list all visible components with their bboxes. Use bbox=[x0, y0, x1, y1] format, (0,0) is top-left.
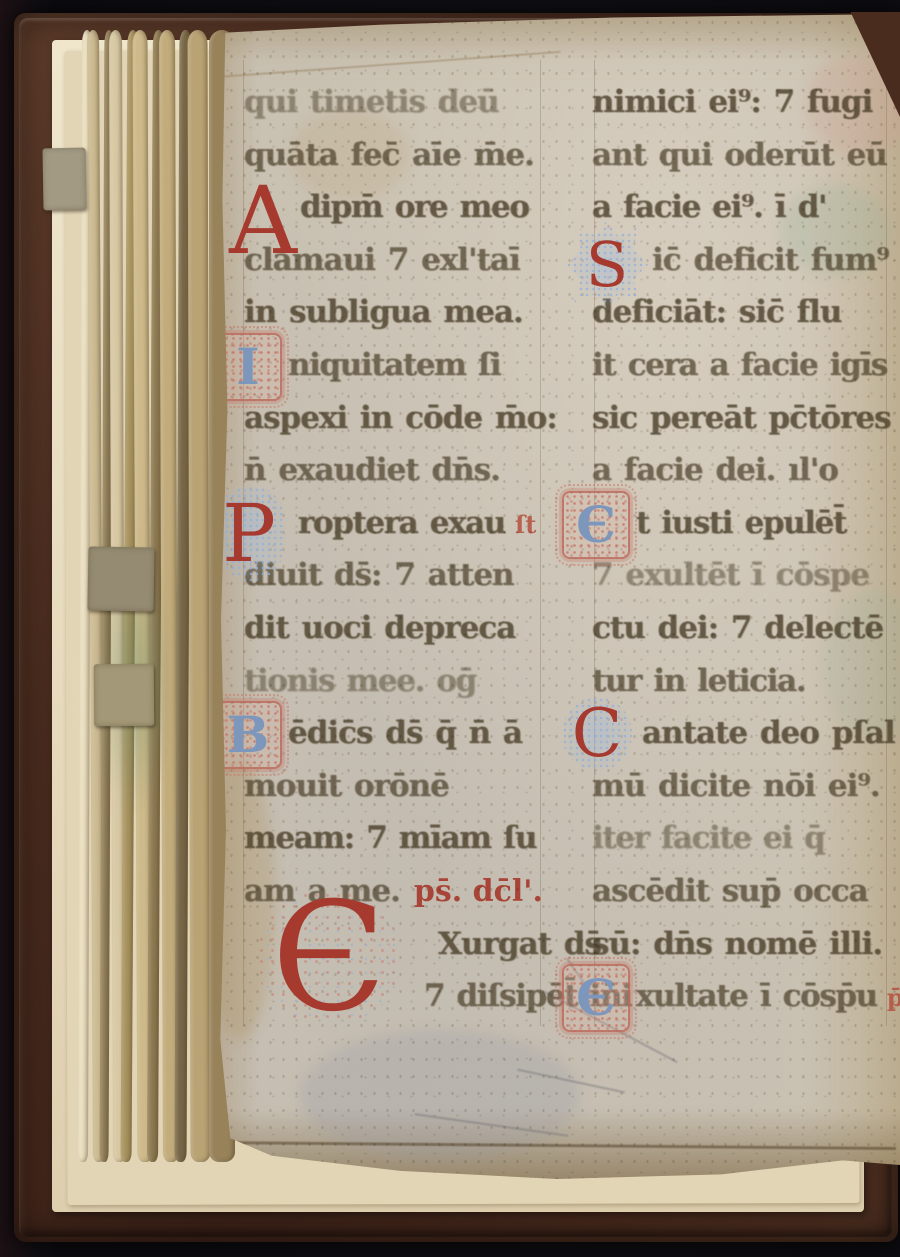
manuscript-text: nimici ei⁹: 7 fugi bbox=[592, 84, 872, 120]
text-line: tur in leticia. bbox=[592, 655, 894, 708]
text-line: n̄ exaudiet dn̄s. bbox=[244, 444, 546, 497]
text-line: iter facite ei q̄ bbox=[592, 812, 894, 865]
manuscript-text: antate deo pſal bbox=[592, 715, 895, 751]
decorated-initial-E: Є bbox=[240, 882, 418, 1034]
decorated-initial-S: S bbox=[566, 220, 648, 310]
text-line: it cera a facie igīs bbox=[592, 339, 894, 392]
manuscript-text: it cera a facie igīs bbox=[592, 347, 887, 383]
manuscript-text: sic pereāt pc̄tōres bbox=[592, 400, 891, 436]
manuscript-text: n̄ exaudiet dn̄s. bbox=[244, 452, 500, 488]
paraph-mark: p̄ bbox=[887, 983, 900, 1012]
page-edge-strip bbox=[188, 30, 211, 1162]
manuscript-photo: { "scene": { "description": "Open mediev… bbox=[0, 0, 900, 1257]
manuscript-text: ascēdit sup̄ occa bbox=[592, 873, 868, 909]
right-text-column: nimici ei⁹: 7 fugiant qui oderūt eūa fac… bbox=[592, 76, 894, 1023]
paraph-mark: ſt bbox=[515, 510, 536, 539]
manuscript-page: qui timetis deūquāta fec̄ aīe m̄e.Adipm̄… bbox=[186, 14, 900, 1179]
text-line: tionis mee. oḡ bbox=[244, 655, 546, 708]
fore-edge-tab bbox=[87, 546, 154, 611]
manuscript-text: tionis mee. oḡ bbox=[244, 663, 476, 699]
manuscript-text: iter facite ei q̄ bbox=[592, 820, 824, 856]
text-line: sic pereāt pc̄tōres bbox=[592, 392, 894, 445]
decorated-initial-E: Є bbox=[562, 491, 630, 559]
manuscript-text: mū dicite nōi ei⁹. bbox=[592, 768, 880, 804]
manuscript-text: sū: dn̄s nomē illi. bbox=[592, 926, 882, 962]
manuscript-text: tur in leticia. bbox=[592, 663, 805, 699]
text-line: Sic̄ deficit fum⁹ bbox=[592, 234, 894, 287]
text-line: aspexi in cōde m̄o: bbox=[244, 392, 546, 445]
manuscript-text: qui timetis deū bbox=[244, 84, 499, 120]
manuscript-text: diuit ds̄: 7 atten bbox=[244, 557, 514, 593]
text-line: Єt iusti epulēt̄ bbox=[592, 497, 894, 550]
decorated-initial-C: C bbox=[562, 697, 632, 771]
manuscript-text: a facie dei. ıl'o bbox=[592, 452, 838, 488]
text-line: Adipm̄ ore meo bbox=[244, 181, 546, 234]
manuscript-text: meam: 7 mīam ſu bbox=[244, 820, 536, 856]
text-line: dit uoci depreca bbox=[244, 602, 546, 655]
text-line: Iniquitatem ſi bbox=[244, 339, 546, 392]
text-line: meam: 7 mīam ſu bbox=[244, 812, 546, 865]
text-line: sū: dn̄s nomē illi. bbox=[592, 918, 894, 971]
underlying-page-edge bbox=[201, 51, 560, 79]
text-line: Bēdic̄s ds̄ q̄ n̄ ā bbox=[244, 707, 546, 760]
text-line: nimici ei⁹: 7 fugi bbox=[592, 76, 894, 129]
text-line: mū dicite nōi ei⁹. bbox=[592, 760, 894, 813]
fore-edge-tab bbox=[42, 148, 86, 211]
text-line: mouit orōnē bbox=[244, 760, 546, 813]
text-line: Єxultate ī cōsp̄up̄ſ bbox=[592, 970, 894, 1023]
text-line: Proptera exauſt bbox=[244, 497, 546, 550]
text-line: in subligua mea. bbox=[244, 286, 546, 339]
page-edge-stack bbox=[80, 30, 235, 1162]
manuscript-text: ctu dei: 7 delectē bbox=[592, 610, 883, 646]
stain bbox=[300, 1030, 580, 1160]
decorated-initial-A: A bbox=[234, 175, 292, 279]
left-text-column: qui timetis deūquāta fec̄ aīe m̄e.Adipm̄… bbox=[244, 76, 546, 1023]
manuscript-text: aspexi in cōde m̄o: bbox=[244, 400, 557, 436]
text-line: ЄXurgat ds̄ bbox=[244, 918, 546, 971]
decorated-initial-E: Є bbox=[562, 964, 630, 1032]
text-line: Cantate deo pſal bbox=[592, 707, 894, 760]
text-line: ant qui oderūt eū bbox=[592, 129, 894, 182]
text-line: a facie dei. ıl'o bbox=[592, 444, 894, 497]
manuscript-text: 7 exultēt ī cōspe bbox=[592, 557, 869, 593]
manuscript-text: in subligua mea. bbox=[244, 294, 523, 330]
text-line: diuit ds̄: 7 atten bbox=[244, 549, 546, 602]
text-line: qui timetis deū bbox=[244, 76, 546, 129]
text-line: ascēdit sup̄ occa bbox=[592, 865, 894, 918]
text-line: ctu dei: 7 delectē bbox=[592, 602, 894, 655]
page-bottom-edge bbox=[208, 1141, 896, 1150]
rubric-psalm-number: ps̄. dc̄l'. bbox=[414, 874, 543, 909]
manuscript-text: ant qui oderūt eū bbox=[592, 137, 887, 173]
fore-edge-tab bbox=[94, 664, 155, 727]
manuscript-text: dit uoci depreca bbox=[244, 610, 515, 646]
text-line: 7 exultēt ī cōspe bbox=[592, 549, 894, 602]
